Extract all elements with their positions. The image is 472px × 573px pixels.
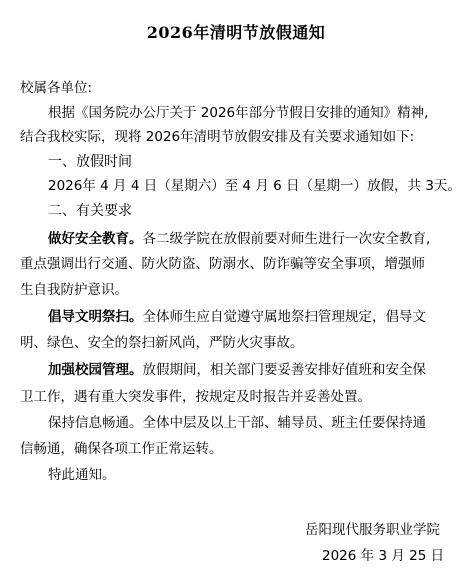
notice-document: 2026年清明节放假通知 校属各单位: 根据《国务院办公厅关于 2026年部分节…: [0, 0, 472, 573]
signature-date: 2026 年 3 月 25 日: [322, 544, 444, 564]
intro-line-1: 根据《国务院办公厅关于 2026年部分节假日安排的通知》精神,: [48, 104, 428, 122]
requirement-1-line-2: 重点强调出行交通、防火防盗、防溺水、防诈骗等安全事项，增强师: [20, 255, 425, 273]
document-title: 2026年清明节放假通知: [0, 20, 472, 43]
requirement-2-text: 全体师生应自觉遵守属地祭扫管理规定，倡导文: [143, 309, 427, 325]
requirement-2-heading: 倡导文明祭扫。: [48, 309, 143, 325]
requirement-2-line-2: 明、绿色、安全的祭扫新风尚，严防火灾事故。: [20, 334, 304, 352]
salutation: 校属各单位:: [20, 79, 92, 97]
requirement-3-heading: 加强校园管理。: [48, 362, 143, 378]
section-1-text: 2026年 4 月 4 日（星期六）至 4 月 6 日（星期一）放假，共 3天。: [48, 177, 461, 195]
requirement-2-line-1: 倡导文明祭扫。全体师生应自觉遵守属地祭扫管理规定，倡导文: [48, 308, 426, 326]
intro-line-2: 结合我校实际，现将 2026年清明节放假安排及有关要求通知如下:: [20, 128, 414, 146]
requirement-1-heading: 做好安全教育。: [48, 231, 143, 247]
requirement-4-line-1: 保持信息畅通。全体中层及以上干部、辅导员、班主任要保持通: [48, 414, 426, 432]
requirement-4-line-2: 信畅通，确保各项工作正常运转。: [20, 440, 223, 458]
requirement-1-text: 各二级学院在放假前要对师生进行一次安全教育,: [143, 231, 431, 247]
section-2-heading: 二、有关要求: [48, 202, 132, 220]
closing: 特此通知。: [48, 466, 116, 484]
requirement-1-line-3: 生自我防护意识。: [20, 281, 128, 299]
section-1-heading: 一、放假时间: [48, 153, 132, 171]
requirement-3-text: 放假期间，相关部门要妥善安排好值班和安全保: [143, 362, 427, 378]
requirement-3-line-1: 加强校园管理。放假期间，相关部门要妥善安排好值班和安全保: [48, 361, 426, 379]
requirement-3-line-2: 卫工作，遇有重大突发事件，按规定及时报告并妥善处置。: [20, 388, 371, 406]
requirement-1-line-1: 做好安全教育。各二级学院在放假前要对师生进行一次安全教育,: [48, 230, 430, 248]
signature-organization: 岳阳现代服务职业学院: [305, 518, 440, 538]
